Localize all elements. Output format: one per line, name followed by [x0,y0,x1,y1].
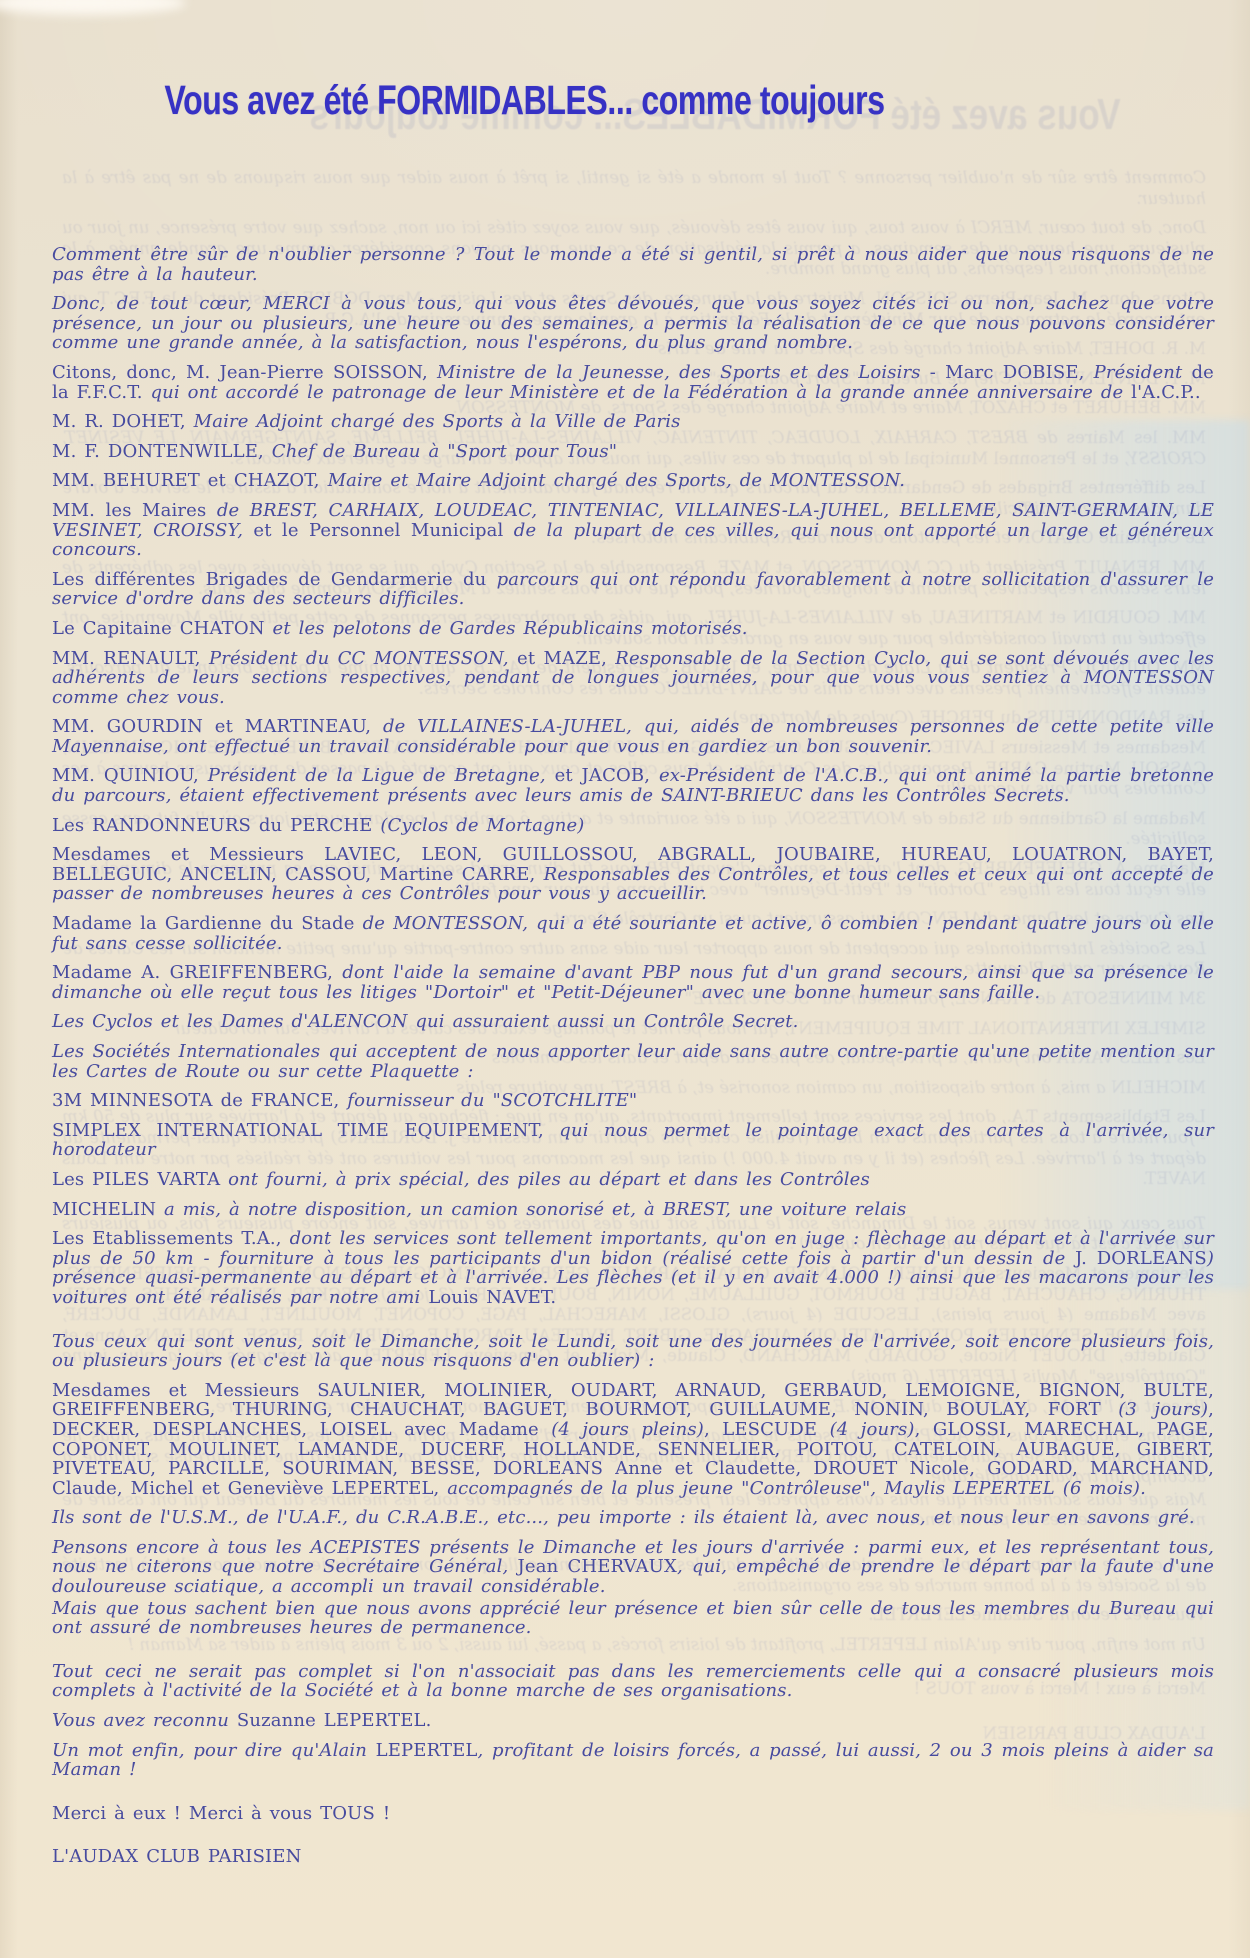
text-segment: Les RANDONNEURS du PERCHE [52,815,380,836]
text-segment: Louis NAVET. [428,1287,556,1308]
text-segment: Merci à eux ! Merci à vous TOUS ! [52,1803,390,1824]
paragraph: Madame la Gardienne du Stade de MONTESSO… [52,914,1214,953]
text-segment: Président de la Ligue de Bretagne, [208,765,555,786]
text-segment: Chef de Bureau à "Sport pour Tous" [272,441,617,462]
text-segment: 3M MINNESOTA de FRANCE, [52,1090,347,1111]
text-segment: MM. GOURDIN et MARTINEAU, [52,716,383,737]
paragraph: Vous avez reconnu Suzanne LEPERTEL. [52,1711,1214,1731]
text-segment: J. DORLEANS [1075,1248,1207,1269]
page-title: Vous avez été FORMIDABLES... comme toujo… [165,77,885,124]
text-segment: l'A.C.P.. [1123,382,1200,403]
paragraph: Mais que tous sachent bien que nous avon… [52,1599,1214,1638]
scan-corner-highlight [0,0,186,15]
bleedthrough-paragraph: Comment être sûr de n'oublier personne ?… [62,168,1206,209]
text-segment: Tous ceux qui sont venus, soit le Dimanc… [52,1331,1214,1372]
text-segment: Citons, donc, M. Jean-Pierre SOISSON, [52,362,437,383]
text-segment: (4 jours) [830,1419,915,1440]
paragraph: Les PILES VARTA ont fourni, à prix spéci… [52,1170,1214,1190]
text-segment: Les Cyclos et les Dames d'ALENCON qui as… [52,1011,799,1032]
paragraph: MICHELIN a mis, à notre disposition, un … [52,1200,1214,1220]
text-segment: (3 jours) [1118,1399,1208,1420]
paragraph: M. R. DOHET, Maire Adjoint chargé des Sp… [52,412,1214,432]
paragraph: Pensons encore à tous les ACEPISTES prés… [52,1538,1214,1597]
text-segment: (Cyclos de Mortagne) [380,815,584,836]
text-segment: Tout ceci ne serait pas complet si l'on … [52,1661,1214,1702]
text-segment: ont fourni, à prix spécial, des piles au… [228,1169,870,1190]
text-segment: a mis, à notre disposition, un camion so… [164,1199,906,1220]
body-paragraphs: Comment être sûr de n'oublier personne ?… [52,245,1214,1867]
text-segment: Mais que tous sachent bien que nous avon… [52,1598,1214,1639]
title-row: Vous avez été FORMIDABLES... comme toujo… [0,50,1250,152]
scanned-page: Vous avez été FORMIDABLES... comme toujo… [0,0,1250,1958]
text-segment: Mesdames et Messieurs SAULNIER, MOLINIER… [52,1380,1214,1421]
text-segment: Madame A. GREIFFENBERG, [52,962,342,983]
text-segment: Un mot enfin, pour dire qu'Alain [52,1740,376,1761]
text-segment: et JACOB, [555,765,659,786]
text-segment: LEPERTEL [376,1740,478,1761]
text-segment: MM. les Maires [52,500,217,521]
text-segment: MM. BEHURET et CHAZOT, [52,470,328,491]
paragraph: MM. GOURDIN et MARTINEAU, de VILLAINES-L… [52,717,1214,756]
paragraph: Tout ceci ne serait pas complet si l'on … [52,1662,1214,1701]
paragraph: MM. RENAULT, Président du CC MONTESSON, … [52,649,1214,708]
text-segment: Maire et Maire Adjoint chargé des Sports… [328,470,906,491]
paragraph: SIMPLEX INTERNATIONAL TIME EQUIPEMENT, q… [52,1121,1214,1160]
paragraph: Un mot enfin, pour dire qu'Alain LEPERTE… [52,1741,1214,1780]
paragraph: Mesdames et Messieurs LAVIEC, LEON, GUIL… [52,845,1214,904]
paragraph: Donc, de tout cœur, MERCI à vous tous, q… [52,294,1214,353]
text-segment: Jean CHERVAUX [518,1556,677,1577]
paragraph: Comment être sûr de n'oublier personne ?… [52,245,1214,284]
paragraph: M. F. DONTENWILLE, Chef de Bureau à "Spo… [52,442,1214,462]
text-segment: (4 jours pleins) [551,1419,704,1440]
paragraph: 3M MINNESOTA de FRANCE, fournisseur du "… [52,1091,1214,1111]
text-segment: M. R. DOHET, [52,411,194,432]
text-segment: Maire Adjoint chargé des Sports à la Vil… [194,411,681,432]
text-segment: Président du CC MONTESSON, [209,648,517,669]
paragraph: Les RANDONNEURS du PERCHE (Cyclos de Mor… [52,816,1214,836]
text-segment: fournisseur du "SCOTCHLITE" [347,1090,637,1111]
text-segment: et les pelotons de Gardes Républicains m… [273,618,748,639]
text-segment: MM. RENAULT, [52,648,209,669]
text-segment: MM. QUINIOU, [52,765,208,786]
text-segment: Vous avez reconnu [52,1710,237,1731]
paragraph: Merci à eux ! Merci à vous TOUS ! [52,1804,1214,1824]
text-segment: MICHELIN [52,1199,164,1220]
text-segment: Les Etablissements T.A., [52,1228,290,1249]
paragraph: Ils sont de l'U.S.M., de l'U.A.F., du C.… [52,1508,1214,1528]
paragraph: Les Cyclos et les Dames d'ALENCON qui as… [52,1012,1214,1032]
paragraph: Les Etablissements T.A., dont les servic… [52,1229,1214,1307]
text-segment: et MAZE, [517,648,615,669]
text-segment: Comment être sûr de n'oublier personne ?… [62,168,1206,208]
paragraph: Madame A. GREIFFENBERG, dont l'aide la s… [52,963,1214,1002]
text-segment: Les différentes Brigades de Gendarmerie … [52,569,497,590]
text-segment: SIMPLEX INTERNATIONAL TIME EQUIPEMENT, [52,1120,559,1141]
text-segment: Donc, de tout cœur, MERCI à vous tous, q… [52,293,1214,353]
paragraph: Les différentes Brigades de Gendarmerie … [52,570,1214,609]
paragraph: Tous ceux qui sont venus, soit le Dimanc… [52,1332,1214,1371]
text-segment: Madame la Gardienne du Stade [52,913,363,934]
text-segment: Le Capitaine CHATON [52,618,273,639]
text-segment: Les Sociétés Internationales qui accepte… [52,1041,1214,1082]
paragraph: Mesdames et Messieurs SAULNIER, MOLINIER… [52,1381,1214,1499]
text-segment: Suzanne LEPERTEL. [237,1710,432,1731]
paragraph: Le Capitaine CHATON et les pelotons de G… [52,619,1214,639]
paragraph: Les Sociétés Internationales qui accepte… [52,1042,1214,1081]
paragraph: MM. BEHURET et CHAZOT, Maire et Maire Ad… [52,471,1214,491]
text-segment: , LESCUDE [704,1419,830,1440]
paragraph: Citons, donc, M. Jean-Pierre SOISSON, Mi… [52,363,1214,402]
paragraph: L'AUDAX CLUB PARISIEN [52,1847,1214,1867]
paragraph: MM. les Maires de BREST, CARHAIX, LOUDEA… [52,501,1214,560]
text-segment: L'AUDAX CLUB PARISIEN [52,1846,302,1867]
text-segment: - Marc DOBISE, [921,362,1094,383]
paragraph: MM. QUINIOU, Président de la Ligue de Br… [52,766,1214,805]
text-segment: Ils sont de l'U.S.M., de l'U.A.F., du C.… [52,1507,1195,1528]
text-segment: et le Personnel Municipal [253,520,513,541]
text-segment: accompagnés de la plus jeune "Contrôleus… [447,1478,1146,1499]
text-segment: M. F. DONTENWILLE, [52,441,272,462]
text-segment: Comment être sûr de n'oublier personne ?… [52,244,1214,285]
text-segment: Président [1094,362,1183,383]
text-segment: qui ont accordé le patronage de leur Min… [150,382,1123,403]
text-segment: Ministre de la Jeunesse, des Sports et d… [437,362,921,383]
text-segment: Les PILES VARTA [52,1169,228,1190]
